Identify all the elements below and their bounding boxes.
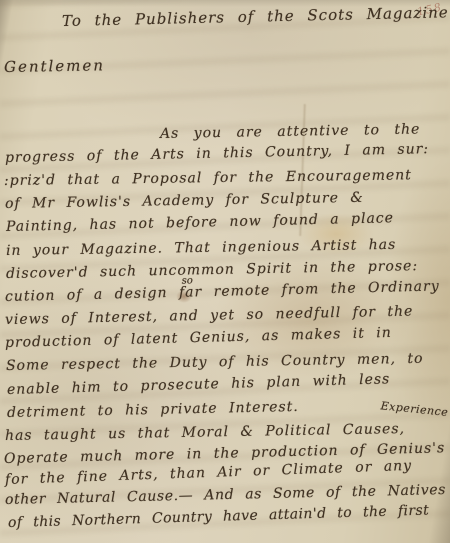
letter-line-01: As you are attentive to the xyxy=(160,121,421,142)
letter-line-10: production of latent Genius, as makes it… xyxy=(5,325,392,351)
letter-line-18: of this Northern Country have attain'd t… xyxy=(8,503,430,531)
letter-line-03: :priz'd that a Proposal for the Encourag… xyxy=(4,167,412,189)
letter-line-11: Some respect the Duty of his Country men… xyxy=(6,351,424,374)
letter-salutation: Gentlemen xyxy=(4,56,105,76)
letter-line-06: in your Magazine. That ingenious Artist … xyxy=(6,237,397,259)
manuscript-page: 158 To the Publishers of the Scots Magaz… xyxy=(0,0,450,543)
letter-line-14: has taught us that Moral & Political Cau… xyxy=(5,421,405,444)
corrected-word: farso xyxy=(179,284,203,301)
letter-heading: To the Publishers of the Scots Magazine xyxy=(62,3,449,30)
letter-line-05: Painting, has not before now found a pla… xyxy=(6,210,394,235)
letter-line-02: progress of the Arts in this Country, I … xyxy=(5,141,429,166)
letter-line-09: views of Interest, and yet so needfull f… xyxy=(5,303,414,328)
inserted-word: so xyxy=(182,275,193,286)
letter-line-12: enable him to prosecute his plan with le… xyxy=(7,371,391,398)
letter-line-07: discover'd such uncommon Spirit in the p… xyxy=(6,258,418,282)
line-text-pre: cution of a design xyxy=(5,285,179,305)
experience-word: Experience xyxy=(380,399,449,419)
line-text-main: detriment to his private Interest. xyxy=(7,399,299,421)
letter-line-08: cution of a design farso remote from the… xyxy=(5,278,440,305)
line-text-post: remote from the Ordinary xyxy=(202,278,440,300)
letter-line-13: detriment to his private Interest.Experi… xyxy=(7,396,448,421)
letter-line-04: of Mr Fowlis's Academy for Sculpture & xyxy=(5,190,364,212)
